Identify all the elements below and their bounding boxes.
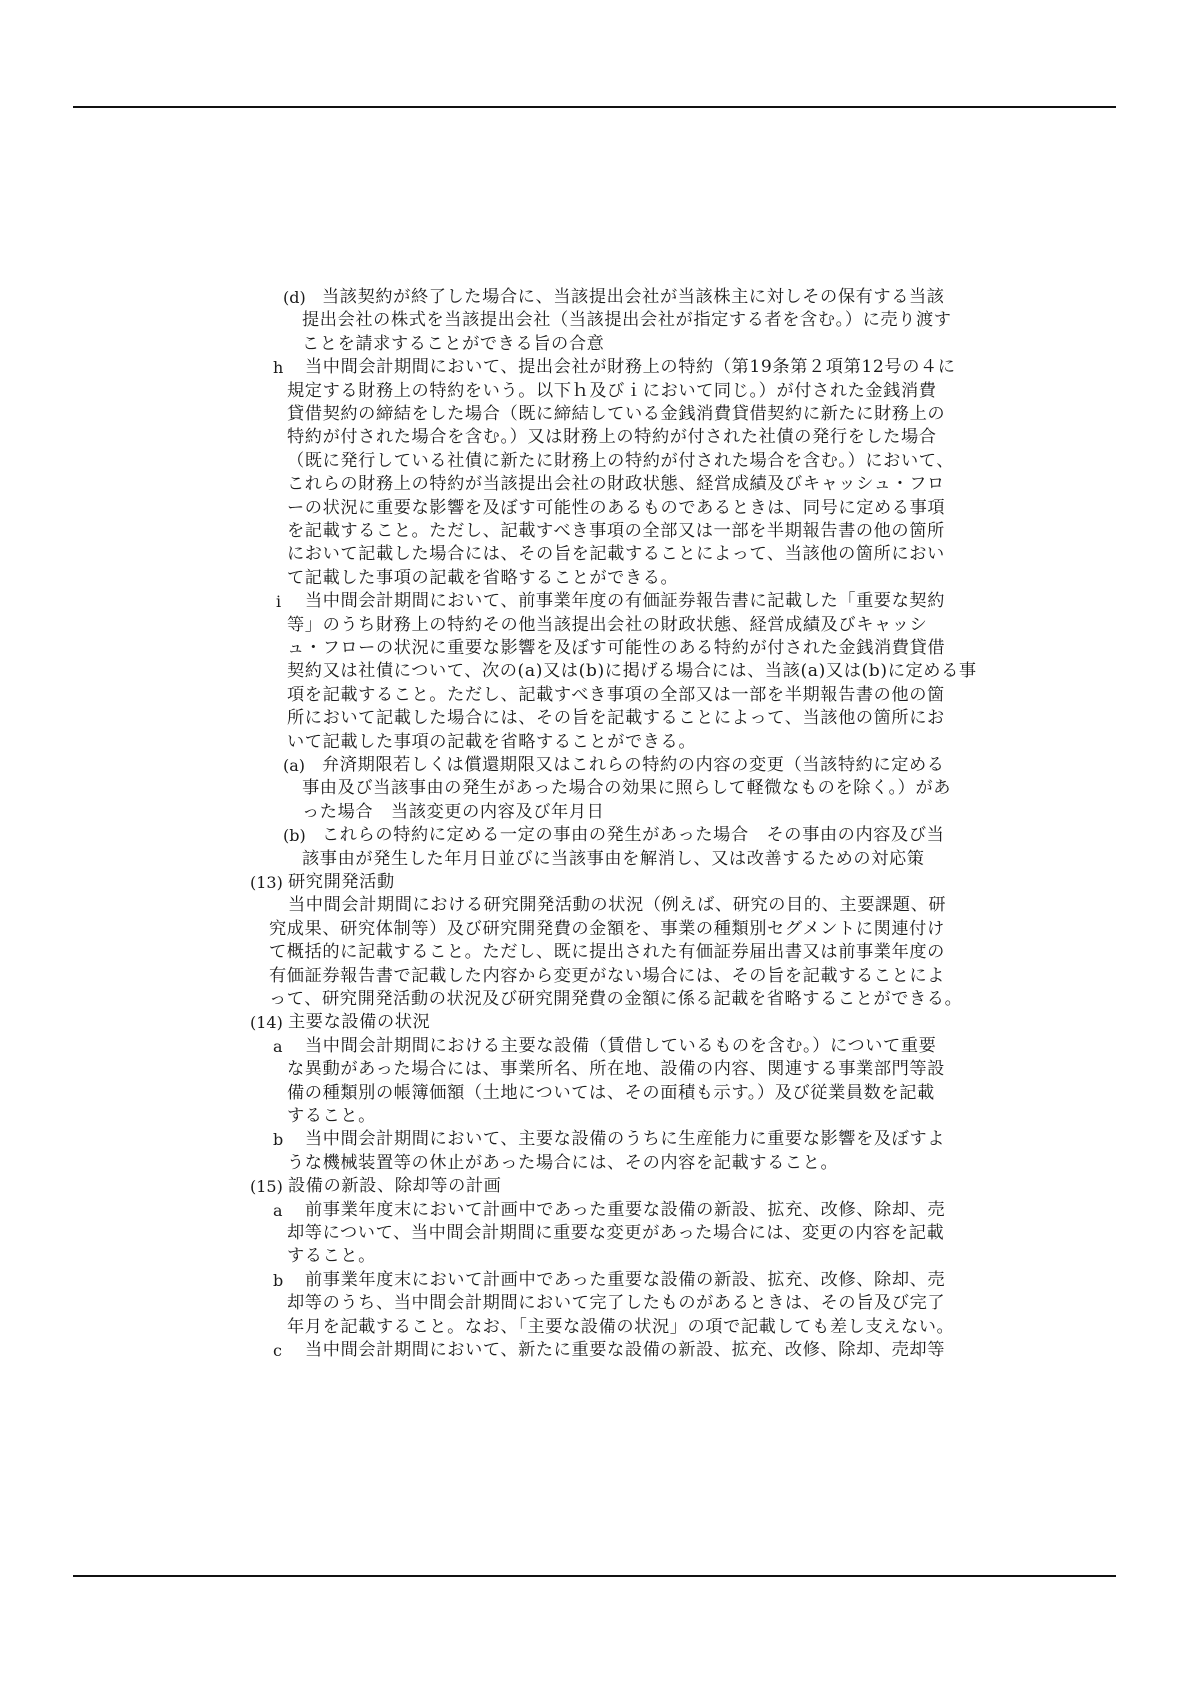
text-line: 項を記載すること。ただし、記載すべき事項の全部又は一部を半期報告書の他の箇 xyxy=(287,684,945,707)
text-line: いて記載した事項の記載を省略することができる。 xyxy=(287,731,696,754)
text-line: 年月を記載すること。なお、「主要な設備の状況」の項で記載しても差し支えない。 xyxy=(287,1316,954,1339)
item-marker: b xyxy=(273,1269,283,1292)
item-marker: (13) xyxy=(250,871,283,894)
item-marker: h xyxy=(273,356,283,379)
text-line: 研究開発活動 xyxy=(288,871,395,894)
item-marker: (a) xyxy=(283,754,305,777)
text-line: 当中間会計期間において、新たに重要な設備の新設、拡充、改修、除却、売却等 xyxy=(305,1339,945,1362)
text-line: 貸借契約の締結をした場合（既に締結している金銭消費貸借契約に新たに財務上の xyxy=(287,403,945,426)
text-line: 事由及び当該事由の発生があった場合の効果に照らして軽微なものを除く。）があ xyxy=(302,777,951,800)
text-line: 該事由が発生した年月日並びに当該事由を解消し、又は改善するための対応策 xyxy=(302,848,925,871)
header-rule xyxy=(73,106,1116,108)
text-line: 弁済期限若しくは償還期限又はこれらの特約の内容の変更（当該特約に定める xyxy=(322,754,945,777)
text-line: ことを請求することができる旨の合意 xyxy=(302,333,604,356)
text-line: を記載すること。ただし、記載すべき事項の全部又は一部を半期報告書の他の箇所 xyxy=(287,520,945,543)
item-marker: (14) xyxy=(250,1011,283,1034)
text-line: 当中間会計期間において、主要な設備のうちに生産能力に重要な影響を及ぼすよ xyxy=(305,1128,945,1151)
text-line: 備の種類別の帳簿価額（土地については、その面積も示す。）及び従業員数を記載 xyxy=(287,1082,935,1105)
item-marker: (d) xyxy=(283,286,306,309)
text-line: 規定する財務上の特約をいう。以下ｈ及びｉにおいて同じ。）が付された金銭消費 xyxy=(287,380,937,403)
text-line: （既に発行している社債に新たに財務上の特約が付された場合を含む。）において、 xyxy=(287,450,954,473)
text-line: 主要な設備の状況 xyxy=(288,1011,430,1034)
footer-rule xyxy=(73,1575,1116,1577)
text-line: 有価証券報告書で記載した内容から変更がない場合には、その旨を記載することによ xyxy=(269,965,945,988)
item-marker: (b) xyxy=(283,824,306,847)
item-marker: c xyxy=(273,1339,282,1362)
text-line: 提出会社の株式を当該提出会社（当該提出会社が指定する者を含む。）に売り渡す xyxy=(302,309,952,332)
text-line: った場合 当該変更の内容及び年月日 xyxy=(302,801,604,824)
item-marker: a xyxy=(273,1035,283,1058)
text-line: って、研究開発活動の状況及び研究開発費の金額に係る記載を省略することができる。 xyxy=(269,988,962,1011)
text-line: 究成果、研究体制等）及び研究開発費の金額を、事業の種類別セグメントに関連付け xyxy=(269,918,945,941)
text-line: 所において記載した場合には、その旨を記載することによって、当該他の箇所にお xyxy=(287,707,945,730)
text-line: ーの状況に重要な影響を及ぼす可能性のあるものであるときは、同号に定める事項 xyxy=(287,497,945,520)
text-line: 当中間会計期間における主要な設備（賃借しているものを含む。）について重要 xyxy=(305,1035,936,1058)
item-marker: i xyxy=(276,590,281,613)
text-line: 却等のうち、当中間会計期間において完了したものがあるときは、その旨及び完了 xyxy=(287,1292,945,1315)
text-line: 前事業年度末において計画中であった重要な設備の新設、拡充、改修、除却、売 xyxy=(305,1199,945,1222)
item-marker: (15) xyxy=(250,1175,283,1198)
text-line: 当該契約が終了した場合に、当該提出会社が当該株主に対しその保有する当該 xyxy=(322,286,945,309)
item-marker: a xyxy=(273,1199,283,1222)
text-line: ュ・フローの状況に重要な影響を及ぼす可能性のある特約が付された金銭消費貸借 xyxy=(287,637,945,660)
text-line: これらの特約に定める一定の事由の発生があった場合 その事由の内容及び当 xyxy=(322,824,944,847)
text-line: て概括的に記載すること。ただし、既に提出された有価証券届出書又は前事業年度の xyxy=(269,941,945,964)
text-line: すること。 xyxy=(287,1245,376,1268)
text-line: 前事業年度末において計画中であった重要な設備の新設、拡充、改修、除却、売 xyxy=(305,1269,945,1292)
text-line: て記載した事項の記載を省略することができる。 xyxy=(287,567,678,590)
text-line: 特約が付された場合を含む。）又は財務上の特約が付された社債の発行をした場合 xyxy=(287,426,937,449)
text-line: 当中間会計期間において、前事業年度の有価証券報告書に記載した「重要な契約 xyxy=(305,590,945,613)
item-marker: b xyxy=(273,1128,283,1151)
text-line: 当中間会計期間において、提出会社が財務上の特約（第19条第２項第12号の４に xyxy=(305,356,956,379)
text-line: これらの財務上の特約が当該提出会社の財政状態、経営成績及びキャッシュ・フロ xyxy=(287,473,945,496)
text-line: 当中間会計期間における研究開発活動の状況（例えば、研究の目的、主要課題、研 xyxy=(288,894,946,917)
text-line: 契約又は社債について、次の(a)又は(b)に掲げる場合には、当該(a)又は(b)… xyxy=(287,660,977,683)
text-line: 却等について、当中間会計期間に重要な変更があった場合には、変更の内容を記載 xyxy=(287,1222,944,1245)
text-line: うな機械装置等の休止があった場合には、その内容を記載すること。 xyxy=(287,1152,838,1175)
text-line: な異動があった場合には、事業所名、所在地、設備の内容、関連する事業部門等設 xyxy=(287,1058,945,1081)
text-line: 等」のうち財務上の特約その他当該提出会社の財政状態、経営成績及びキャッシ xyxy=(287,614,927,637)
text-line: において記載した場合には、その旨を記載することによって、当該他の箇所におい xyxy=(287,543,945,566)
text-line: 設備の新設、除却等の計画 xyxy=(288,1175,501,1198)
text-line: すること。 xyxy=(287,1105,376,1128)
